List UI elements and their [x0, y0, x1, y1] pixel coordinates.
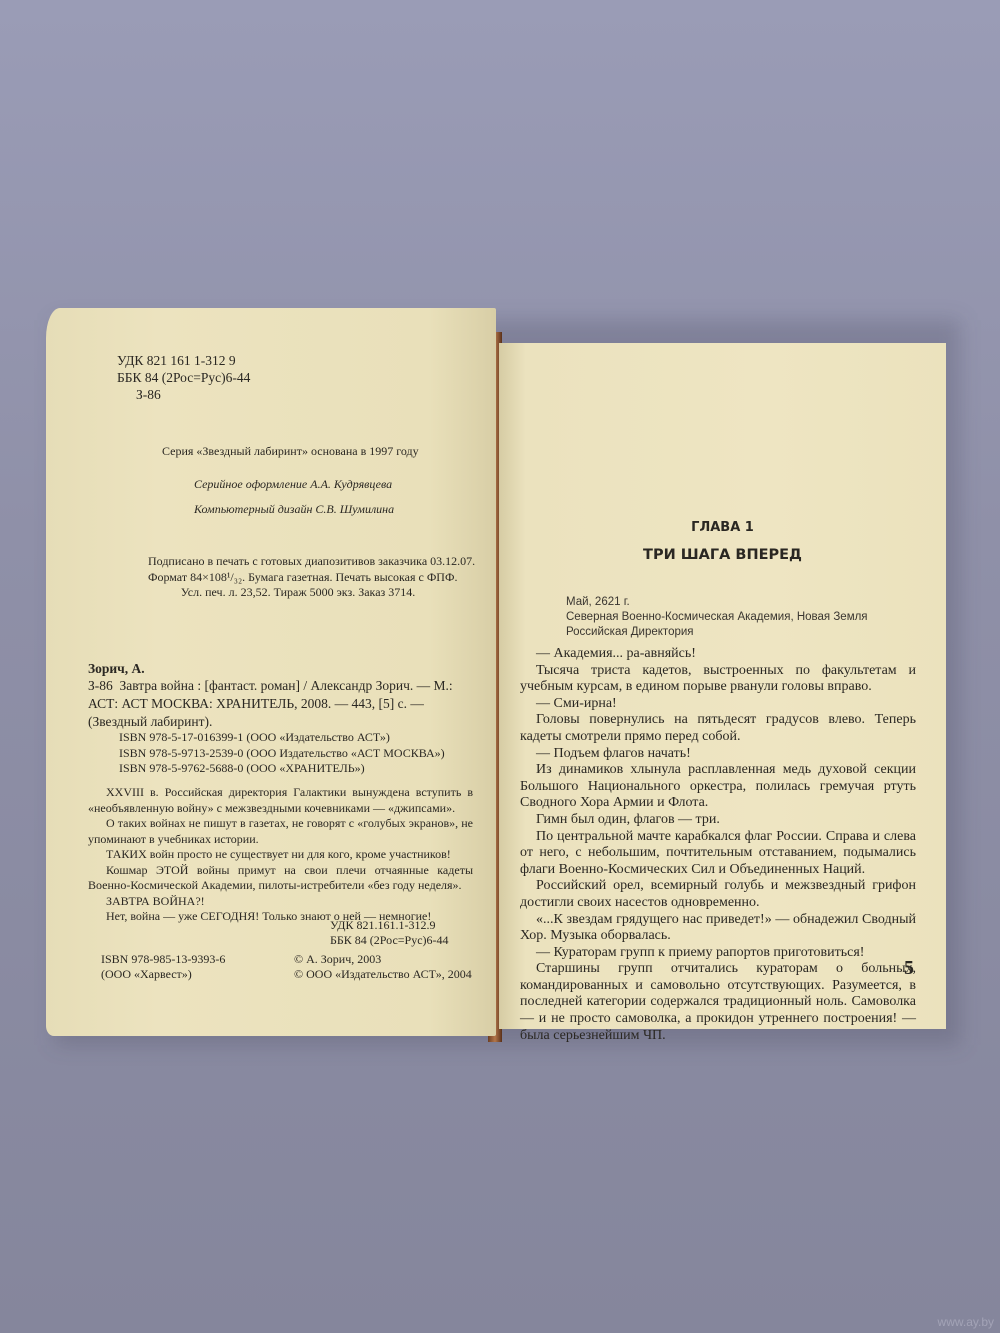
copyright-publisher: © ООО «Издательство АСТ», 2004 [294, 967, 472, 983]
body-paragraph: Старшины групп отчитались кураторам о бо… [520, 961, 916, 1044]
chapter-epigraph: Май, 2621 г. Северная Военно-Космическая… [566, 595, 868, 640]
watermark: www.ay.by [938, 1315, 994, 1329]
series-note: Серия «Звездный лабиринт» основана в 199… [162, 444, 419, 460]
isbn-list: ISBN 978-5-17-016399-1 (ООО «Издательств… [119, 730, 445, 777]
body-paragraph: — Подъем флагов начать! [520, 746, 916, 763]
epigraph-directorate: Российская Директория [566, 625, 868, 640]
body-paragraph: — Кураторам групп к приему рапортов приг… [520, 945, 916, 962]
body-paragraph: Головы повернулись на пятьдесят градусов… [520, 712, 916, 745]
epigraph-location: Северная Военно-Космическая Академия, Но… [566, 610, 868, 625]
annotation-paragraph: ЗАВТРА ВОЙНА?! [88, 894, 473, 910]
computer-design-credit: Компьютерный дизайн С.В. Шумилина [194, 502, 394, 518]
bibliographic-record: З-86 Завтра война : [фантаст. роман] / А… [88, 677, 483, 731]
biblio-text: Завтра война : [фантаст. роман] / Алекса… [88, 678, 453, 729]
udk-bottom: УДК 821.161.1-312.9 [330, 918, 435, 934]
udk-code: УДК 821 161 1-312 9 [117, 352, 236, 369]
body-paragraph: По центральной мачте карабкался флаг Рос… [520, 829, 916, 879]
right-page-chapter: ГЛАВА 1 ТРИ ШАГА ВПЕРЕД Май, 2621 г. Сев… [499, 343, 946, 1029]
copyright-author: © А. Зорич, 2003 [294, 952, 381, 968]
chapter-label: ГЛАВА 1 [499, 520, 946, 535]
body-paragraph: Российский орел, всемирный голубь и межз… [520, 878, 916, 911]
author-mark: З-86 [136, 386, 161, 403]
print-info: Подписано в печать с готовых диапозитиво… [148, 554, 448, 601]
body-paragraph: Тысяча триста кадетов, выстроенных по фа… [520, 663, 916, 696]
body-paragraph: — Сми-ирна! [520, 696, 916, 713]
print-info-line: Подписано в печать с готовых диапозитиво… [148, 554, 448, 570]
bbk-code: ББК 84 (2Рос=Рус)6-44 [117, 369, 250, 386]
biblio-code: З-86 [88, 678, 113, 693]
annotation-paragraph: Кошмар ЭТОЙ войны примут на свои плечи о… [88, 863, 473, 894]
epigraph-date: Май, 2621 г. [566, 595, 868, 610]
series-design-credit: Серийное оформление А.А. Кудрявцева [194, 477, 392, 493]
print-info-line: Формат 84×108¹/₃₂. Бумага газетная. Печа… [148, 570, 448, 586]
isbn-line: ISBN 978-5-17-016399-1 (ООО «Издательств… [119, 730, 445, 746]
harvest-publisher: (ООО «Харвест») [101, 967, 192, 983]
annotation-paragraph: О таких войнах не пишут в газетах, не го… [88, 816, 473, 847]
annotation-paragraph: ТАКИХ войн просто не существует ни для к… [88, 847, 473, 863]
body-paragraph: — Академия... ра-авняйсь! [520, 646, 916, 663]
isbn-line: ISBN 978-5-9713-2539-0 (ООО Издательство… [119, 746, 445, 762]
annotation-paragraph: XXVIII в. Российская директория Галактик… [88, 785, 473, 816]
bbk-bottom: ББК 84 (2Рос=Рус)6-44 [330, 933, 449, 949]
body-paragraph: Из динамиков хлынула расплавленная медь … [520, 762, 916, 812]
body-paragraph: «...К звездам грядущего нас приведет!» —… [520, 912, 916, 945]
body-paragraph: Гимн был один, флагов — три. [520, 812, 916, 829]
isbn-harvest: ISBN 978-985-13-9393-6 [101, 952, 225, 968]
annotation: XXVIII в. Российская директория Галактик… [88, 785, 473, 925]
author-heading: Зорич, А. [88, 660, 145, 677]
chapter-title: ТРИ ШАГА ВПЕРЕД [499, 547, 946, 563]
chapter-body: — Академия... ра-авняйсь! Тысяча триста … [520, 646, 916, 1044]
left-page-imprint: УДК 821 161 1-312 9 ББК 84 (2Рос=Рус)6-4… [46, 308, 496, 1036]
isbn-line: ISBN 978-5-9762-5688-0 (ООО «ХРАНИТЕЛЬ») [119, 761, 445, 777]
print-info-line: Усл. печ. л. 23,52. Тираж 5000 экз. Зака… [148, 585, 448, 601]
page-number: 5 [904, 957, 914, 980]
